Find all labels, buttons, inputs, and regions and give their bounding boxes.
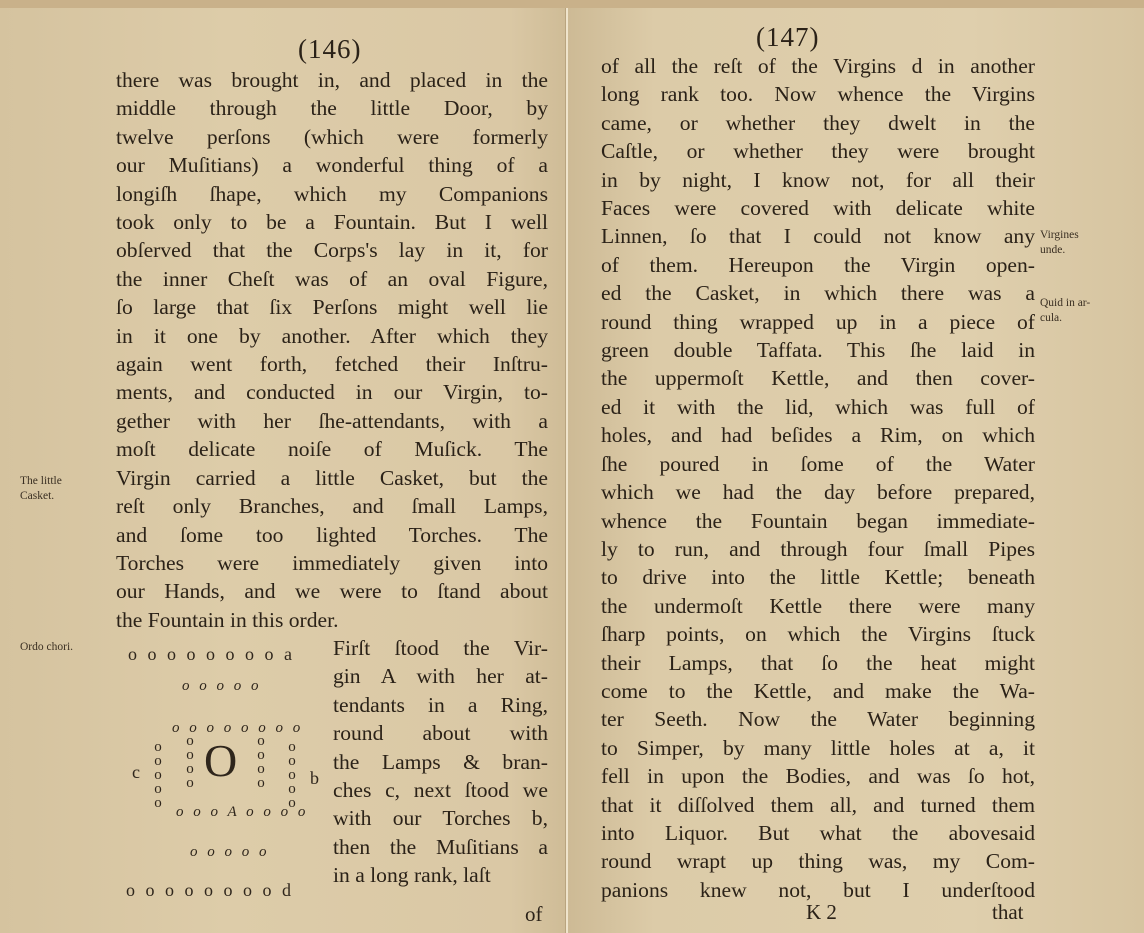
text-line: our Muſitians) a wonderful thing of a	[116, 151, 548, 179]
margin-note-quid-in-arcula: Quid in ar- cula.	[1040, 296, 1090, 326]
text-line: reſt only Branches, and ſmall Lamps,	[116, 492, 548, 520]
text-line: whence the Fountain began immediate-	[601, 507, 1035, 535]
diagram-col-c: ooooo	[152, 740, 164, 810]
fountain-center: O	[204, 738, 237, 784]
text-line: which we had the day before prepared,	[601, 478, 1035, 506]
text-line: round thing wrapped up in a piece of	[601, 308, 1035, 336]
text-line: Linnen, ſo that I could not know any	[601, 222, 1035, 250]
margin-note-line: Virgines	[1040, 228, 1079, 243]
text-line: round wrapt up thing was, my Com-	[601, 847, 1035, 875]
left-page-number: (146)	[298, 34, 361, 65]
margin-note-ordo-chori: Ordo chori.	[20, 640, 73, 655]
text-line: there was brought in, and placed in the	[116, 66, 548, 94]
text-line: of them. Hereupon the Virgin open-	[601, 251, 1035, 279]
text-line: of all the reſt of the Virgins d in anot…	[601, 52, 1035, 80]
book-spread: (146) there was brought in, and placed i…	[0, 0, 1144, 933]
margin-note-line: Quid in ar-	[1040, 296, 1090, 311]
text-line: obſerved that the Corps's lay in it, for	[116, 236, 548, 264]
left-catchword: of	[525, 902, 543, 927]
text-line: with our Torches b,	[333, 804, 548, 832]
diagram-col-b: ooooo	[286, 740, 298, 810]
margin-note-line: Ordo chori.	[20, 640, 73, 655]
text-line: again went forth, fetched their Inſtru-	[116, 350, 548, 378]
diagram-arc-top: o o o o o	[182, 678, 262, 695]
margin-note-line: cula.	[1040, 311, 1090, 326]
diagram-label-b: b	[310, 768, 319, 789]
text-line: Caſtle, or whether they were brought	[601, 137, 1035, 165]
page-top-edge	[0, 0, 1144, 8]
text-line: the inner Cheſt was of an oval Figure,	[116, 265, 548, 293]
right-catchword: that	[992, 900, 1024, 925]
text-line: in a long rank, laſt	[333, 861, 548, 889]
text-line: our Hands, and we were to ſtand about	[116, 577, 548, 605]
text-line: the Lamps & bran-	[333, 748, 548, 776]
right-page-body: of all the reſt of the Virgins d in anot…	[601, 52, 1035, 904]
diagram-row-d: o o o o o o o o d	[126, 880, 294, 901]
text-line: and ſome too lighted Torches. The	[116, 521, 548, 549]
text-line: round about with	[333, 719, 548, 747]
margin-note-line: Casket.	[20, 489, 62, 504]
diagram-col-inner-right: oooo	[255, 734, 267, 790]
diagram-col-inner-left: oooo	[184, 734, 196, 790]
text-line: green double Taffata. This ſhe laid in	[601, 336, 1035, 364]
text-line: middle through the little Door, by	[116, 94, 548, 122]
right-page-number: (147)	[756, 22, 819, 53]
left-page-narrow-column: Firſt ſtood the Vir- gin A with her at- …	[333, 634, 548, 890]
text-line: twelve perſons (which were formerly	[116, 123, 548, 151]
text-line: came, or whether they dwelt in the	[601, 109, 1035, 137]
margin-note-line: unde.	[1040, 243, 1079, 258]
left-page-body: there was brought in, and placed in the …	[116, 66, 548, 634]
text-line: that it diſſolved them all, and turned t…	[601, 791, 1035, 819]
text-line: their Lamps, that ſo the heat might	[601, 649, 1035, 677]
text-line: ter Seeth. Now the Water beginning	[601, 705, 1035, 733]
text-line: gin A with her at-	[333, 662, 548, 690]
text-line: in it one by another. After which they	[116, 322, 548, 350]
text-line: to drive into the little Kettle; beneath	[601, 563, 1035, 591]
text-line: ches c, next ſtood we	[333, 776, 548, 804]
text-line: then the Muſitians a	[333, 833, 548, 861]
signature-mark: K 2	[806, 900, 837, 925]
text-line: into Liquor. But what the abovesaid	[601, 819, 1035, 847]
text-line: Faces were covered with delicate white	[601, 194, 1035, 222]
text-line: ſo large that ſix Perſons might well lie	[116, 293, 548, 321]
margin-note-virgines-unde: Virgines unde.	[1040, 228, 1079, 258]
text-line: to Simper, by many little holes at a, it	[601, 734, 1035, 762]
text-line: the undermoſt Kettle there were many	[601, 592, 1035, 620]
text-line: longiſh ſhape, which my Companions	[116, 180, 548, 208]
diagram-label-c: c	[132, 762, 140, 783]
text-line: Firſt ſtood the Vir-	[333, 634, 548, 662]
text-line: Virgin carried a little Casket, but the	[116, 464, 548, 492]
text-line: fell in upon the Bodies, and was ſo hot,	[601, 762, 1035, 790]
text-line: ſharp points, on which the Virgins ſtuck	[601, 620, 1035, 648]
text-line: ſhe poured in ſome of the Water	[601, 450, 1035, 478]
text-line: ments, and conducted in our Virgin, to-	[116, 378, 548, 406]
diagram-arc-bottom: o o o o o	[190, 844, 270, 861]
text-line: long rank too. Now whence the Virgins	[601, 80, 1035, 108]
margin-note-little-casket: The little Casket.	[20, 474, 62, 504]
text-line: the Fountain in this order.	[116, 606, 548, 634]
text-line: come to the Kettle, and make the Wa-	[601, 677, 1035, 705]
text-line: tendants in a Ring,	[333, 691, 548, 719]
text-line: took only to be a Fountain. But I well	[116, 208, 548, 236]
text-line: Torches were immediately given into	[116, 549, 548, 577]
text-line: ly to run, and through four ſmall Pipes	[601, 535, 1035, 563]
diagram-row-A: o o o A o o o o	[176, 804, 308, 821]
text-line: in by night, I know not, for all their	[601, 166, 1035, 194]
text-line: gether with her ſhe-attendants, with a	[116, 407, 548, 435]
text-line: moſt delicate noiſe of Muſick. The	[116, 435, 548, 463]
text-line: holes, and had beſides a Rim, on which	[601, 421, 1035, 449]
text-line: ed the Casket, in which there was a	[601, 279, 1035, 307]
margin-note-line: The little	[20, 474, 62, 489]
text-line: ed it with the lid, which was full of	[601, 393, 1035, 421]
choir-order-diagram: o o o o o o o o a o o o o o o o o o o o …	[110, 640, 330, 910]
text-line: the uppermoſt Kettle, and then cover-	[601, 364, 1035, 392]
diagram-row-a: o o o o o o o o a	[128, 644, 295, 665]
